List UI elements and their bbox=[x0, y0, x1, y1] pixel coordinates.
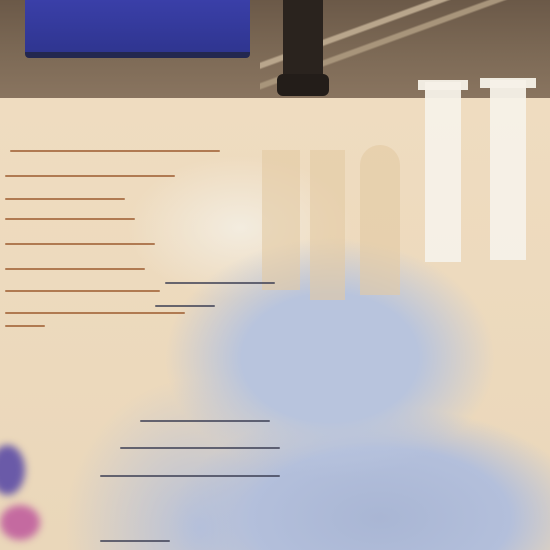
white-letter bbox=[425, 82, 461, 262]
faded-letter bbox=[310, 150, 345, 300]
white-letter bbox=[490, 80, 526, 260]
blue-bin bbox=[25, 0, 250, 58]
bollard bbox=[283, 0, 323, 96]
white-letter-serif bbox=[418, 80, 468, 90]
white-letter-serif bbox=[480, 78, 536, 88]
faded-letter bbox=[262, 150, 300, 290]
pink-blot bbox=[0, 505, 40, 540]
faded-letter bbox=[360, 145, 400, 295]
collage-image bbox=[0, 0, 550, 550]
